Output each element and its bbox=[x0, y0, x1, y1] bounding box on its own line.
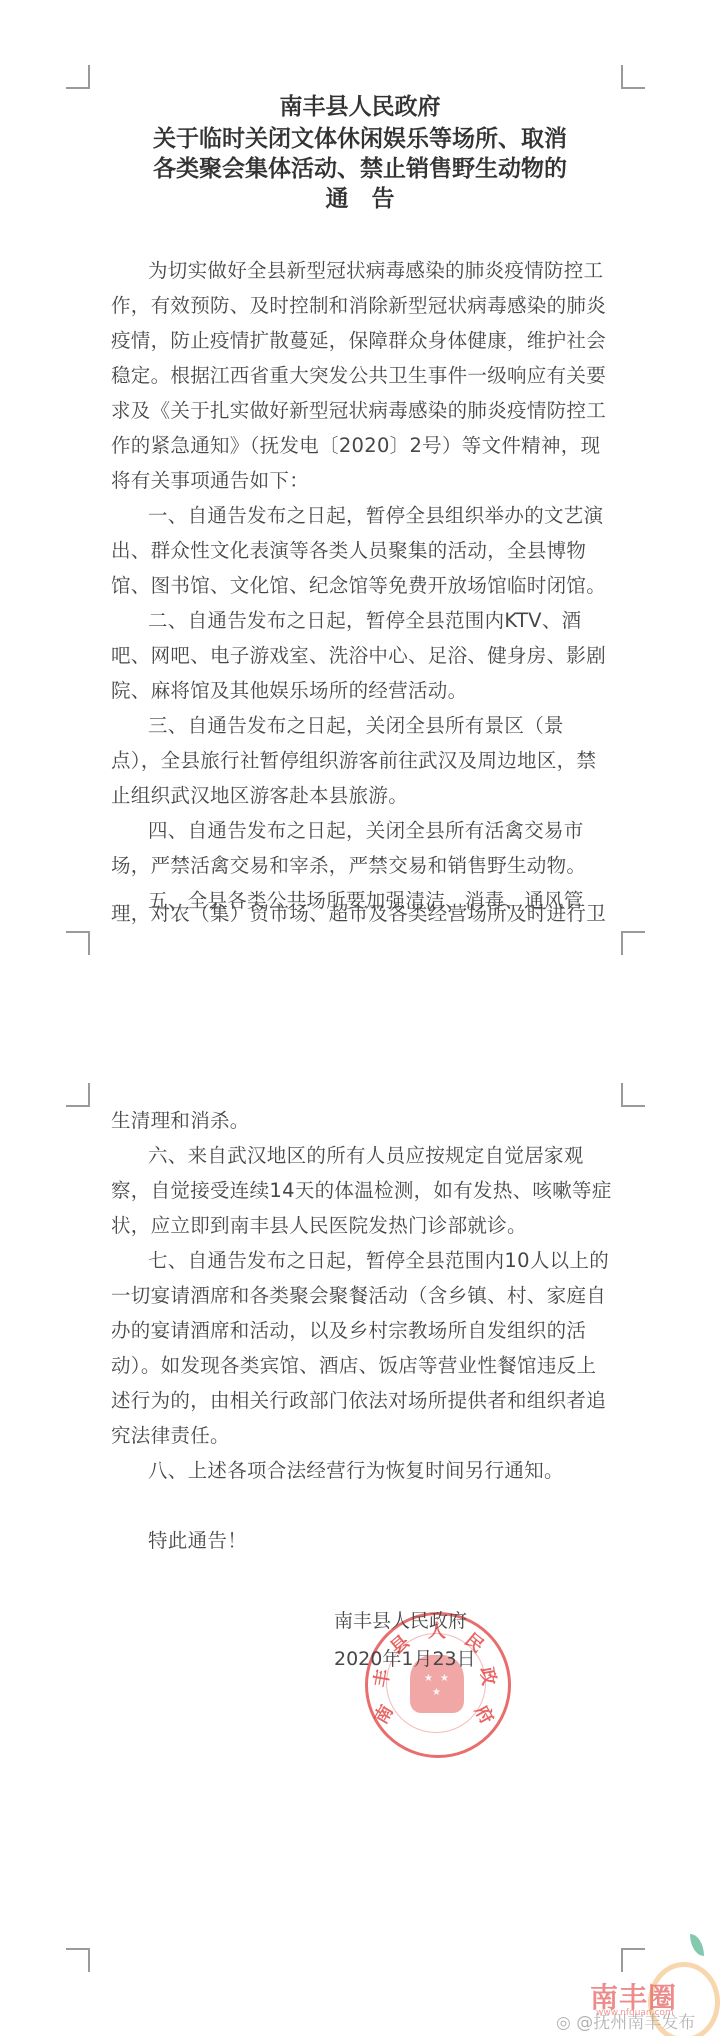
body-line: 一切宴请酒席和各类聚会聚餐活动（含乡镇、村、家庭自 bbox=[111, 1283, 611, 1309]
title-subject-line2: 各类聚会集体活动、禁止销售野生动物的 bbox=[0, 154, 720, 184]
watermark-leaf-icon bbox=[690, 1934, 704, 1956]
body-line: 求及《关于扎实做好新型冠状病毒感染的肺炎疫情防控工 bbox=[111, 398, 611, 424]
seal-char: 政 bbox=[475, 1665, 504, 1687]
seal-star-icon: ★ bbox=[432, 1687, 441, 1698]
seal-star-icon: ★ bbox=[440, 1673, 449, 1684]
body-line: 四、自通告发布之日起，关闭全县所有活禽交易市 bbox=[148, 818, 648, 844]
body-line: 院、麻将馆及其他娱乐场所的经营活动。 bbox=[111, 678, 611, 704]
page2-corner-bottom-right bbox=[621, 1948, 645, 1972]
body-line: 作的紧急通知》（抚发电〔2020〕2号）等文件精神，现 bbox=[111, 433, 611, 459]
body-line: 馆、图书馆、文化馆、纪念馆等免费开放场馆临时闭馆。 bbox=[111, 573, 611, 599]
signature-date: 2020年1月23日 bbox=[334, 1644, 476, 1671]
body-line: 稳定。根据江西省重大突发公共卫生事件一级响应有关要 bbox=[111, 363, 611, 389]
body-line: 出、群众性文化表演等各类人员聚集的活动，全县博物 bbox=[111, 538, 611, 564]
body-line: 生清理和消杀。 bbox=[111, 1108, 611, 1134]
body-line: 三、自通告发布之日起，关闭全县所有景区（景 bbox=[148, 713, 648, 739]
page1-corner-bottom-right bbox=[621, 931, 645, 955]
body-line: 述行为的，由相关行政部门依法对场所提供者和组织者追 bbox=[111, 1388, 611, 1414]
body-line: 止组织武汉地区游客赴本县旅游。 bbox=[111, 783, 611, 809]
body-line-continued: 理，对农（集）贸市场、超市及各类经营场所及时进行卫 bbox=[111, 901, 611, 927]
weibo-handle: ◎ @抚州南丰发布 bbox=[556, 2008, 695, 2033]
document-title: 南丰县人民政府 关于临时关闭文体休闲娱乐等场所、取消 各类聚会集体活动、禁止销售… bbox=[0, 92, 720, 214]
body-line: 二、自通告发布之日起，暂停全县范围内KTV、酒 bbox=[148, 608, 648, 634]
closing-line: 特此通告！ bbox=[148, 1528, 648, 1554]
body-line: 吧、网吧、电子游戏室、洗浴中心、足浴、健身房、影剧 bbox=[111, 643, 611, 669]
page1-corner-bottom-left bbox=[66, 931, 90, 955]
body-line: 将有关事项通告如下： bbox=[111, 468, 611, 494]
signature-org: 南丰县人民政府 bbox=[334, 1606, 467, 1633]
title-notice: 通 告 bbox=[0, 184, 720, 214]
body-line: 六、来自武汉地区的所有人员应按规定自觉居家观 bbox=[148, 1143, 648, 1169]
body-line: 动）。如发现各类宾馆、酒店、饭店等营业性餐馆违反上 bbox=[111, 1353, 611, 1379]
page2-corner-top-right bbox=[621, 1083, 645, 1107]
body-line: 疫情，防止疫情扩散蔓延，保障群众身体健康，维护社会 bbox=[111, 328, 611, 354]
page2-corner-top-left bbox=[66, 1083, 90, 1107]
body-line: 究法律责任。 bbox=[111, 1423, 611, 1449]
official-seal: ★ ★ ★ 南 丰 县 人 民 政 府 bbox=[365, 1612, 511, 1758]
page1-corner-top-right bbox=[621, 65, 645, 89]
seal-star-icon: ★ bbox=[424, 1673, 433, 1684]
body-line: 场，严禁活禽交易和宰杀，严禁交易和销售野生动物。 bbox=[111, 853, 611, 879]
body-line: 一、自通告发布之日起，暂停全县组织举办的文艺演 bbox=[148, 503, 648, 529]
body-line: 点），全县旅行社暂停组织游客前往武汉及周边地区，禁 bbox=[111, 748, 611, 774]
page1-corner-top-left bbox=[66, 65, 90, 89]
body-line: 八、上述各项合法经营行为恢复时间另行通知。 bbox=[148, 1458, 648, 1484]
weibo-icon: ◎ bbox=[556, 2013, 571, 2033]
body-line: 作，有效预防、及时控制和消除新型冠状病毒感染的肺炎 bbox=[111, 293, 611, 319]
body-line: 状，应立即到南丰县人民医院发热门诊部就诊。 bbox=[111, 1213, 611, 1239]
body-line: 为切实做好全县新型冠状病毒感染的肺炎疫情防控工 bbox=[148, 258, 648, 284]
weibo-handle-text: @抚州南丰发布 bbox=[576, 2013, 695, 2033]
page2-corner-bottom-left bbox=[66, 1948, 90, 1972]
body-line: 办的宴请酒席和活动，以及乡村宗教场所自发组织的活 bbox=[111, 1318, 611, 1344]
title-issuer: 南丰县人民政府 bbox=[0, 92, 720, 122]
body-line: 察，自觉接受连续14天的体温检测，如有发热、咳嗽等症 bbox=[111, 1178, 611, 1204]
body-line: 七、自通告发布之日起，暂停全县范围内10人以上的 bbox=[148, 1248, 648, 1274]
title-subject-line1: 关于临时关闭文体休闲娱乐等场所、取消 bbox=[0, 124, 720, 154]
